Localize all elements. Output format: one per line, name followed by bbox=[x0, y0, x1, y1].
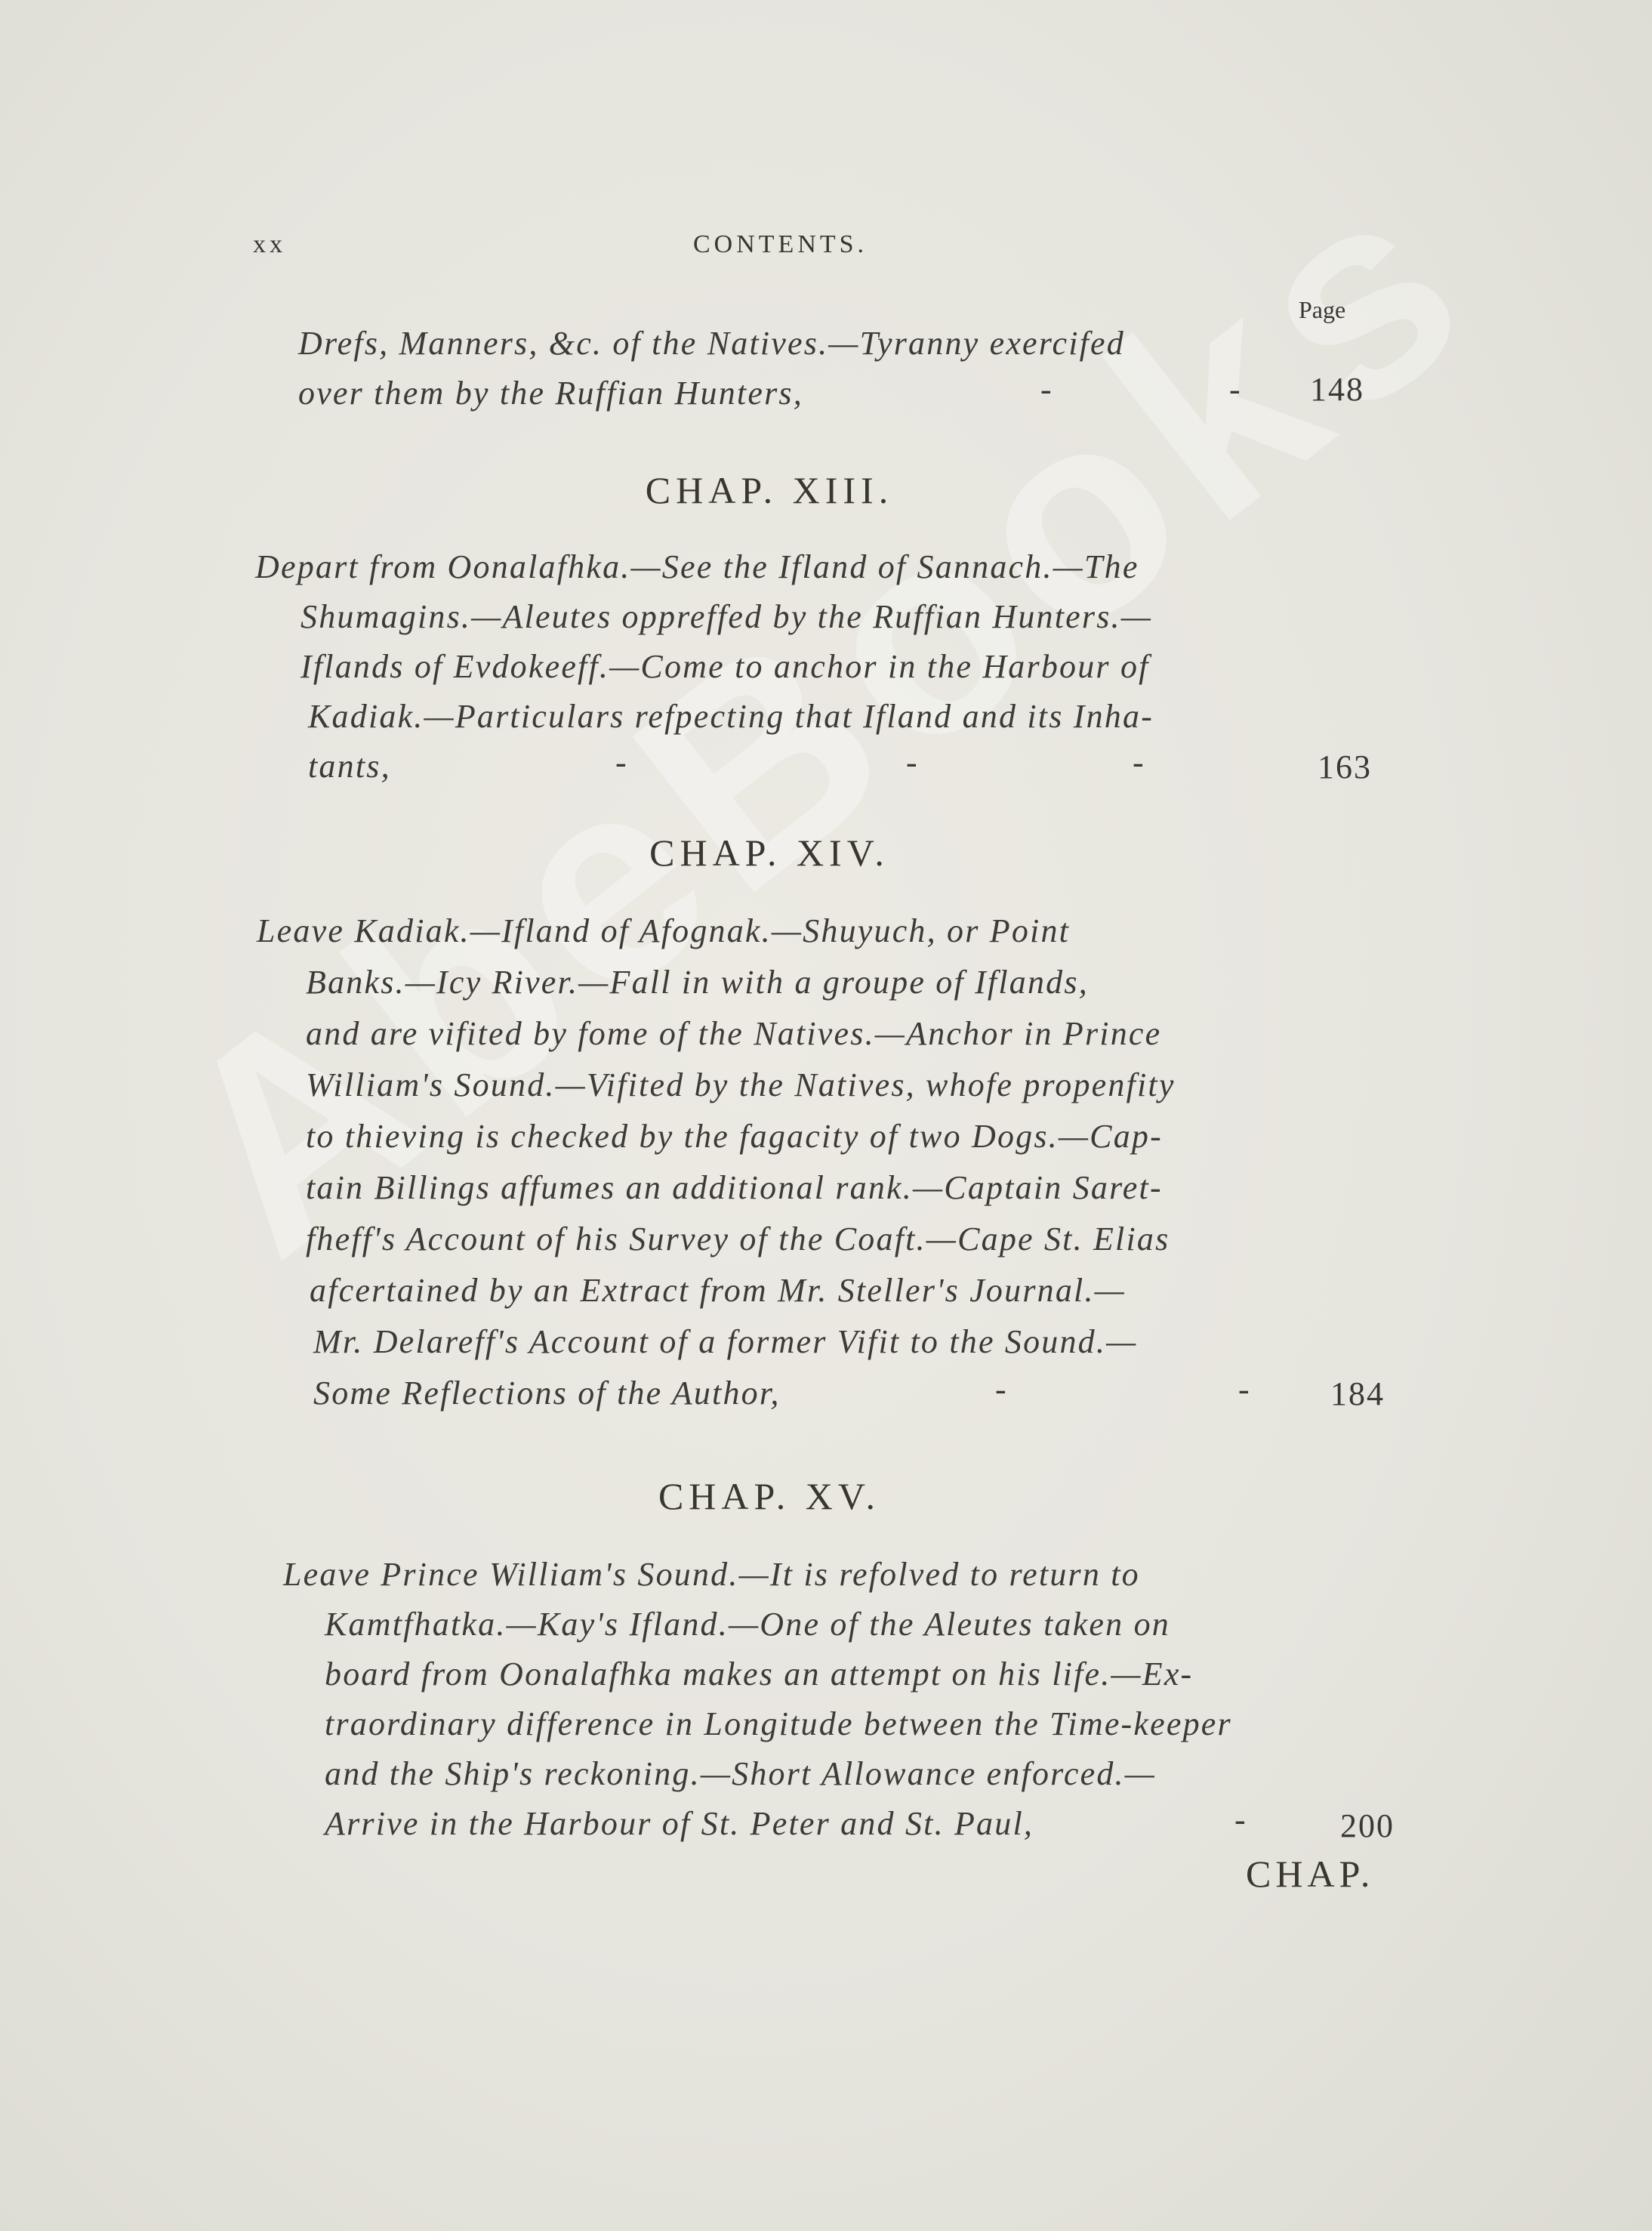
entry-line: Iflands of Evdokeeff.—Come to anchor in … bbox=[301, 642, 1150, 692]
page-number: 148 bbox=[1310, 370, 1364, 409]
entry-line: traordinary difference in Longitude betw… bbox=[325, 1699, 1232, 1749]
chapter-heading-text: CHAP. XIV. bbox=[649, 831, 889, 875]
entry-line: Shumagins.—Aleutes oppreffed by the Ruff… bbox=[301, 592, 1152, 642]
entry-line: Drefs, Manners, &c. of the Natives.—Tyra… bbox=[298, 319, 1261, 369]
chapter-heading-text: CHAP. XV. bbox=[658, 1474, 880, 1518]
entry-line: and the Ship's reckoning.—Short Allowanc… bbox=[325, 1749, 1156, 1799]
entry-line: Banks.—Icy River.—Fall in with a groupe … bbox=[306, 958, 1089, 1007]
leader-dash: - bbox=[1133, 743, 1144, 782]
entry-line: to thieving is checked by the fagacity o… bbox=[306, 1112, 1163, 1162]
entry-line: Mr. Delareff's Account of a former Vifit… bbox=[313, 1317, 1137, 1367]
entry-line: Some Reflections of the Author, bbox=[313, 1369, 781, 1418]
page-folio: xx bbox=[253, 230, 286, 259]
leader-dash: - bbox=[1238, 1370, 1250, 1409]
entry-line: afcertained by an Extract from Mr. Stell… bbox=[310, 1266, 1126, 1316]
entry-line: Kadiak.—Particulars refpecting that Ifla… bbox=[308, 692, 1154, 742]
entry-line: fheff's Account of his Survey of the Coa… bbox=[306, 1214, 1170, 1264]
running-head: CONTENTS. bbox=[693, 230, 868, 259]
chapter-heading-text: CHAP. XIII. bbox=[646, 468, 893, 512]
leader-dash: - bbox=[1229, 370, 1241, 409]
entry-line: Leave Kadiak.—Ifland of Afognak.—Shuyuch… bbox=[257, 906, 1070, 956]
page-number: 200 bbox=[1340, 1807, 1395, 1845]
entry-line: Kamtfhatka.—Kay's Ifland.—One of the Ale… bbox=[325, 1600, 1170, 1649]
entry-line: Arrive in the Harbour of St. Peter and S… bbox=[325, 1799, 1034, 1849]
leader-dash: - bbox=[906, 743, 917, 782]
entry-line: tain Billings affumes an additional rank… bbox=[306, 1163, 1163, 1213]
page-number: 163 bbox=[1318, 748, 1372, 786]
chapter-heading: CHAP. XIII. bbox=[0, 468, 1652, 512]
leader-dash: - bbox=[995, 1370, 1006, 1409]
leader-dash: - bbox=[1234, 1801, 1246, 1839]
entry-line: tants, bbox=[308, 742, 391, 791]
entry-line: over them by the Ruffian Hunters, bbox=[298, 369, 803, 418]
page-column-label: Page bbox=[1299, 296, 1345, 324]
page-number: 184 bbox=[1330, 1375, 1385, 1413]
entry-line: Leave Prince William's Sound.—It is refo… bbox=[283, 1550, 1140, 1600]
catchword: CHAP. bbox=[1246, 1852, 1374, 1896]
leader-dash: - bbox=[1040, 370, 1052, 409]
entry-line: and are vifited by fome of the Natives.—… bbox=[306, 1009, 1161, 1059]
entry-line: Depart from Oonalafhka.—See the Ifland o… bbox=[255, 542, 1139, 592]
leader-dash: - bbox=[615, 743, 627, 782]
entry-line: board from Oonalafhka makes an attempt o… bbox=[325, 1649, 1193, 1699]
chapter-heading: CHAP. XIV. bbox=[0, 831, 1652, 875]
entry-line: William's Sound.—Vifited by the Natives,… bbox=[306, 1060, 1176, 1110]
chapter-heading: CHAP. XV. bbox=[0, 1474, 1652, 1518]
